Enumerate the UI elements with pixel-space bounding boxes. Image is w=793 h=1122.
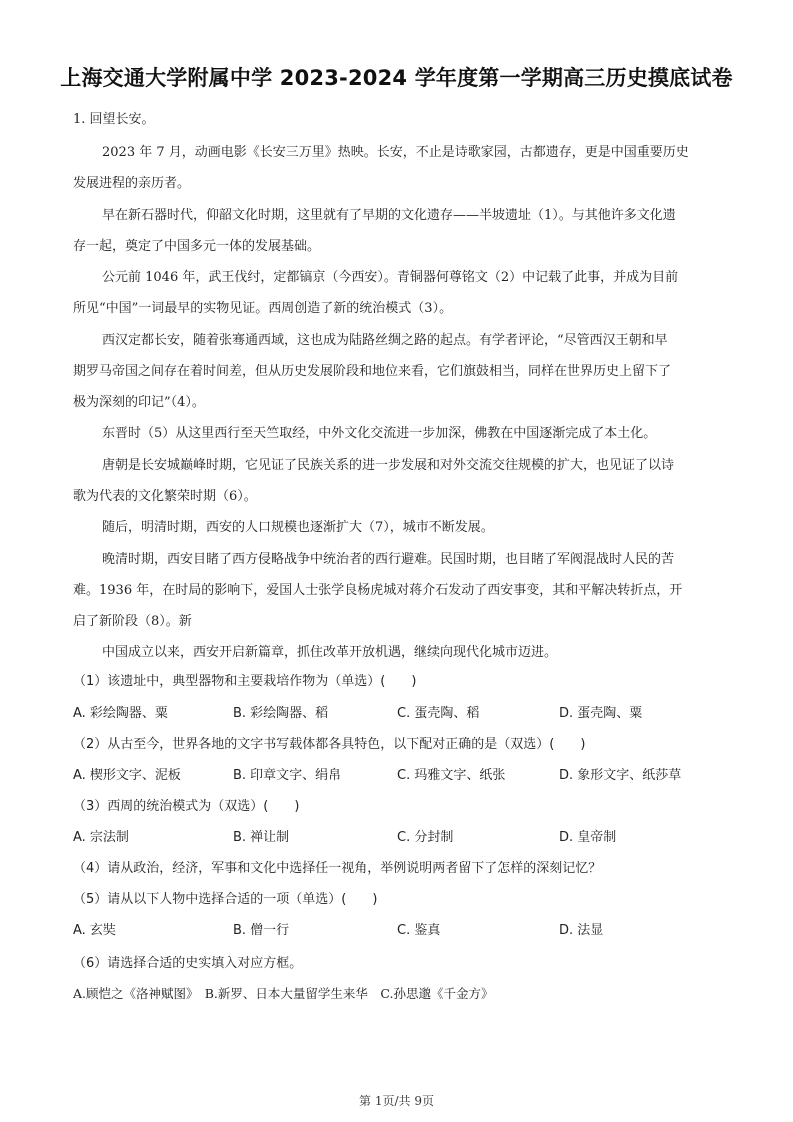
question-heading: 1. 回望长安。 (73, 108, 155, 127)
sub-question-2-option-c[interactable]: C. 玛雅文字、纸张 (397, 764, 505, 783)
passage-line: 早在新石器时代，仰韶文化时期，这里就有了早期的文化遗存——半坡遗址（1）。与其他… (102, 204, 676, 223)
sub-question-1-stem: （1）该遗址中，典型器物和主要栽培作物为（单选）( ) (73, 670, 416, 689)
passage-line: 西汉定都长安，随着张骞通西域，这也成为陆路丝绸之路的起点。有学者评论，“尽管西汉… (102, 329, 668, 348)
sub-question-2-option-d[interactable]: D. 象形文字、纸莎草 (559, 764, 681, 783)
sub-question-5-stem: （5）请从以下人物中选择合适的一项（单选）( ) (73, 888, 377, 907)
sub-question-3-option-d[interactable]: D. 皇帝制 (559, 826, 616, 845)
passage-line: 极为深刻的印记”（4）。 (73, 391, 205, 410)
sub-question-5-option-d[interactable]: D. 法显 (559, 919, 603, 938)
passage-line: 所见“中国”一词最早的实物见证。西周创造了新的统治模式（3）。 (73, 297, 452, 316)
sub-question-1-option-a[interactable]: A. 彩绘陶器、粟 (73, 702, 168, 721)
exam-title: 上海交通大学附属中学 2023-2024 学年度第一学期高三历史摸底试卷 (0, 62, 793, 92)
sub-question-4-stem: （4）请从政治，经济，军事和文化中选择任一视角，举例说明两者留下了怎样的深刻记忆… (73, 857, 601, 876)
passage-line: 歌为代表的文化繁荣时期（6）。 (73, 485, 257, 504)
sub-question-2-option-a[interactable]: A. 楔形文字、泥板 (73, 764, 181, 783)
sub-question-6-choices: A.顾恺之《洛神赋图》 B.新罗、日本大量留学生来华 C.孙思邈《千金方》 (73, 984, 494, 1002)
passage-line: 唐朝是长安城巅峰时期，它见证了民族关系的进一步发展和对外交流交往规模的扩大，也见… (102, 454, 674, 473)
passage-line: 东晋时（5）从这里西行至天竺取经，中外文化交流进一步加深，佛教在中国逐渐完成了本… (102, 422, 656, 441)
sub-question-3-option-b[interactable]: B. 禅让制 (233, 826, 289, 845)
sub-question-2-option-b[interactable]: B. 印章文字、绢帛 (233, 764, 341, 783)
page-number-footer: 第 1页/共 9页 (0, 1092, 793, 1109)
sub-question-5-option-a[interactable]: A. 玄奘 (73, 919, 116, 938)
sub-question-2-stem: （2）从古至今，世界各地的文字书写载体都各具特色，以下配对正确的是（双选）( ) (73, 733, 585, 752)
sub-question-5-option-b[interactable]: B. 僧一行 (233, 919, 289, 938)
passage-line: 2023 年 7 月，动画电影《长安三万里》热映。长安，不止是诗歌家园，古都遗存… (102, 141, 689, 160)
sub-question-3-option-c[interactable]: C. 分封制 (397, 826, 453, 845)
passage-line: 公元前 1046 年，武王伐纣，定都镐京（今西安）。青铜器何尊铭文（2）中记载了… (102, 266, 678, 285)
passage-line: 发展进程的亲历者。 (73, 172, 190, 191)
passage-line: 期罗马帝国之间存在着时间差，但从历史发展阶段和地位来看，它们旗鼓相当，同样在世界… (73, 360, 671, 379)
passage-line: 中国成立以来，西安开启新篇章，抓住改革开放机遇，继续向现代化城市迈进。 (102, 641, 557, 660)
passage-line: 晚清时期，西安目睹了西方侵略战争中统治者的西行避难。民国时期，也目睹了军阀混战时… (102, 548, 674, 567)
sub-question-1-option-d[interactable]: D. 蛋壳陶、粟 (559, 702, 642, 721)
sub-question-3-option-a[interactable]: A. 宗法制 (73, 826, 129, 845)
passage-line: 随后，明清时期，西安的人口规模也逐渐扩大（7），城市不断发展。 (102, 516, 494, 535)
sub-question-1-option-b[interactable]: B. 彩绘陶器、稻 (233, 702, 328, 721)
document-page: 上海交通大学附属中学 2023-2024 学年度第一学期高三历史摸底试卷 1. … (0, 0, 793, 1122)
passage-line: 启了新阶段（8）。新 (73, 610, 192, 629)
sub-question-6-stem: （6）请选择合适的史实填入对应方框。 (73, 952, 302, 971)
passage-line: 存一起，奠定了中国多元一体的发展基础。 (73, 235, 320, 254)
passage-line: 难。1936 年，在时局的影响下，爱国人士张学良杨虎城对蒋介石发动了西安事变，其… (73, 579, 682, 598)
sub-question-1-option-c[interactable]: C. 蛋壳陶、稻 (397, 702, 479, 721)
sub-question-3-stem: （3）西周的统治模式为（双选）( ) (73, 795, 299, 814)
sub-question-5-option-c[interactable]: C. 鉴真 (397, 919, 440, 938)
